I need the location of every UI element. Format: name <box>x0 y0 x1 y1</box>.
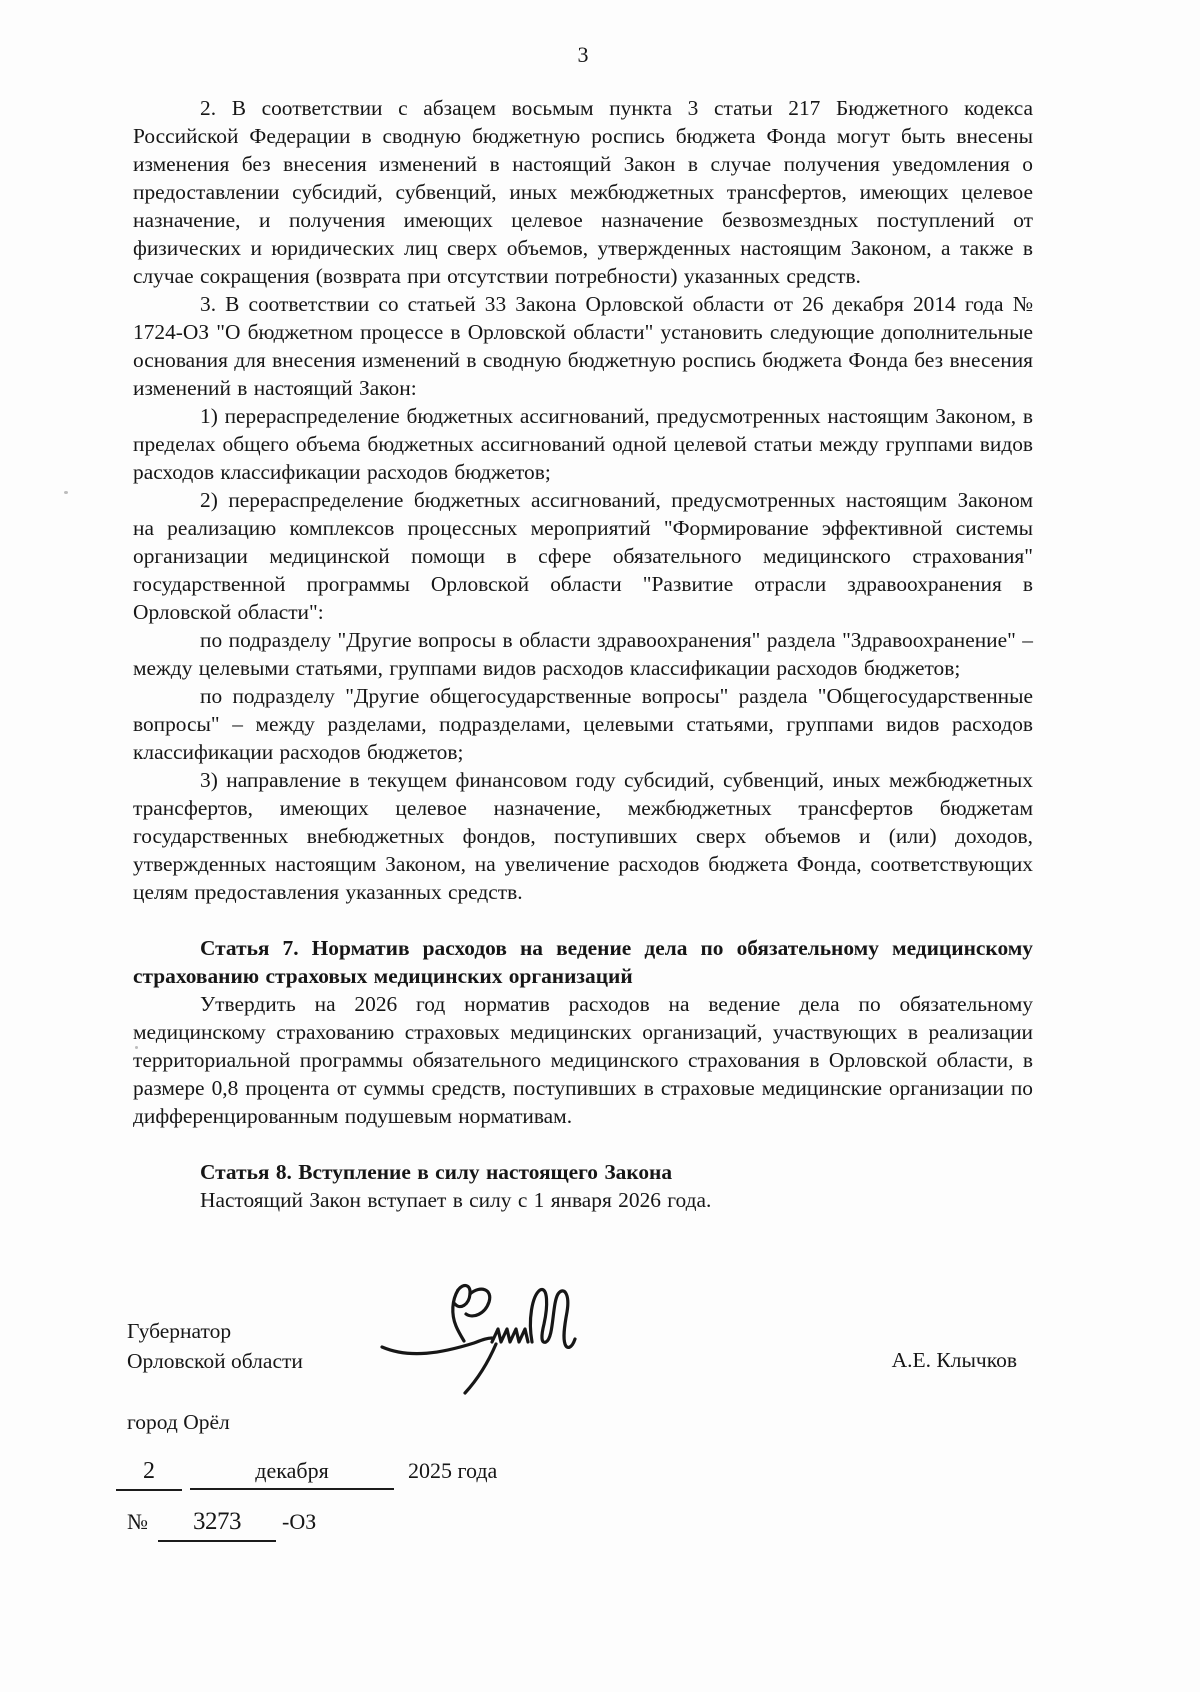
signatory-post-line2: Орловской области <box>127 1346 303 1376</box>
paragraph-point-2: 2. В соответствии с абзацем восьмым пунк… <box>133 94 1033 290</box>
signatory-post-line1: Губернатор <box>127 1316 303 1346</box>
scan-artifact-dot <box>64 491 68 494</box>
paragraph-point-3: 3. В соответствии со статьей 33 Закона О… <box>133 290 1033 402</box>
date-line: 2декабря2025 года <box>116 1458 497 1491</box>
handwritten-signature <box>372 1280 630 1404</box>
signatory-post: Губернатор Орловской области <box>127 1316 303 1376</box>
subparagraph-2b: по подразделу "Другие общегосударственны… <box>133 682 1033 766</box>
subparagraph-1: 1) перераспределение бюджетных ассигнова… <box>133 402 1033 486</box>
subparagraph-2a: по подразделу "Другие вопросы в области … <box>133 626 1033 682</box>
article-8-heading: Статья 8. Вступление в силу настоящего З… <box>133 1158 1033 1186</box>
signatory-name: А.Е. Клычков <box>865 1348 1017 1373</box>
date-year-label: 2025 года <box>408 1458 497 1483</box>
scanned-law-page: 3 2. В соответствии с абзацем восьмым пу… <box>0 0 1200 1692</box>
page-number: 3 <box>133 42 1033 68</box>
number-suffix: -ОЗ <box>282 1509 316 1534</box>
article-7-heading: Статья 7. Норматив расходов на ведение д… <box>133 934 1033 990</box>
article-7-body: Утвердить на 2026 год норматив расходов … <box>133 990 1033 1130</box>
article-8-body: Настоящий Закон вступает в силу с 1 янва… <box>133 1186 1033 1214</box>
date-day-field: 2 <box>116 1458 182 1491</box>
number-sign: № <box>127 1509 148 1534</box>
subparagraph-3: 3) направление в текущем финансовом году… <box>133 766 1033 906</box>
date-month-field: декабря <box>190 1458 394 1490</box>
document-body: 2. В соответствии с абзацем восьмым пунк… <box>133 94 1033 1214</box>
number-value-field: 3273 <box>158 1508 276 1542</box>
subparagraph-2: 2) перераспределение бюджетных ассигнова… <box>133 486 1033 626</box>
number-line: №3273-ОЗ <box>127 1508 316 1542</box>
place-line: город Орёл <box>127 1410 230 1435</box>
scan-artifact-dot <box>135 1046 138 1049</box>
